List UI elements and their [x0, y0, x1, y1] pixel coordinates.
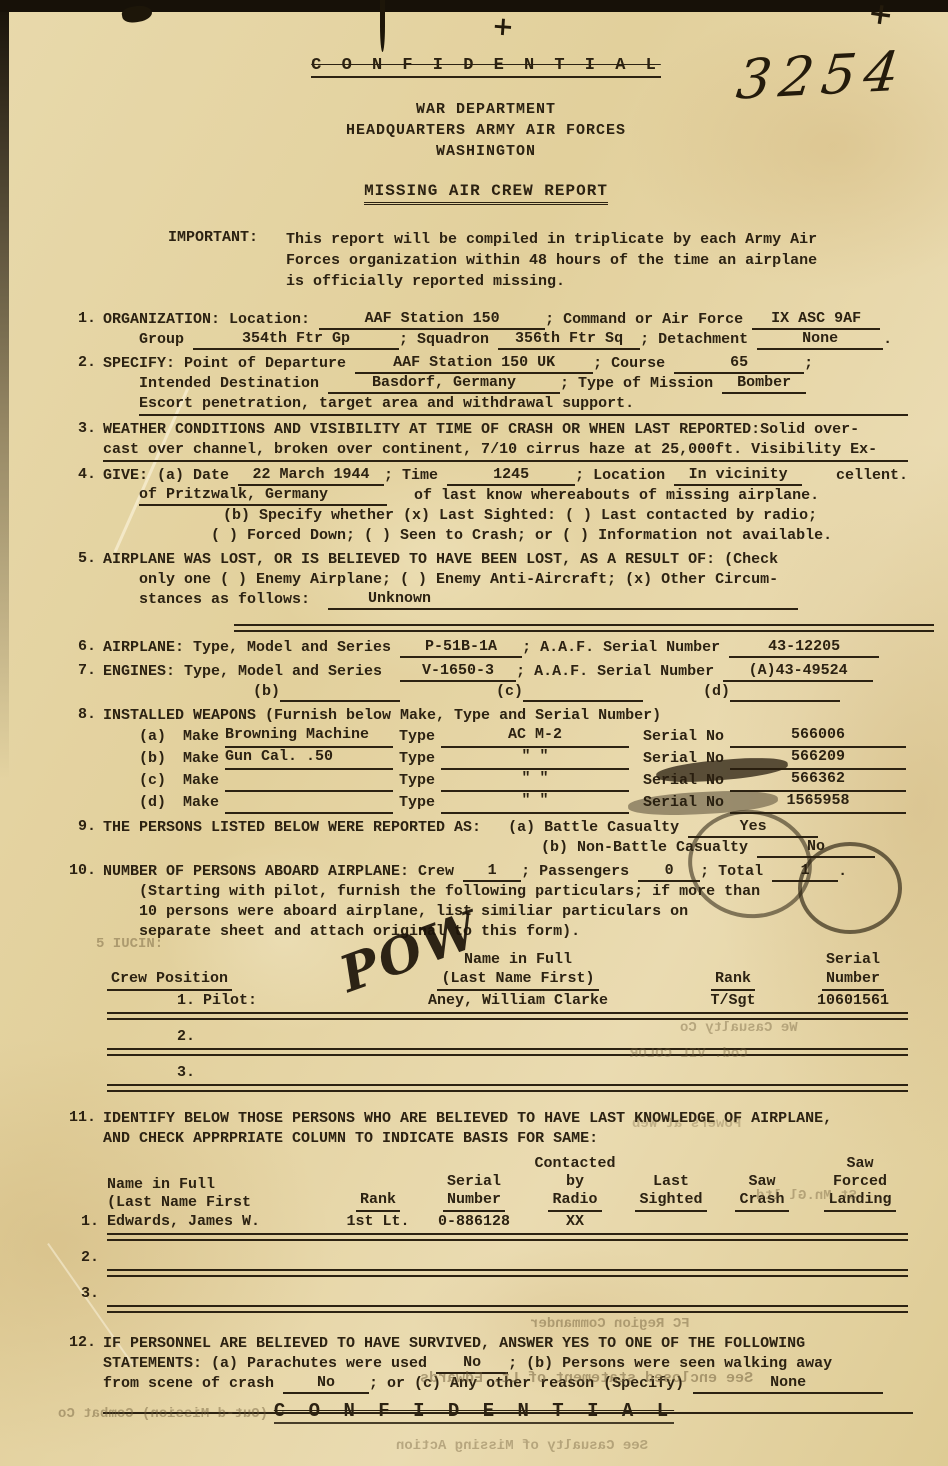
- classification-text: C O N F I D E N T I A L: [274, 1400, 674, 1424]
- witness-name: Edwards, James W.: [107, 1212, 335, 1232]
- sub-label-b: (b): [253, 682, 280, 702]
- field-airplane-serial: 43-12205: [729, 638, 879, 658]
- sub-label-d: (d): [703, 682, 730, 702]
- col-header-serial-2: Number: [822, 969, 884, 991]
- col-label-serial: Serial No: [643, 726, 724, 748]
- col-label-type: Type: [399, 792, 435, 814]
- section-divider-rule: [234, 624, 934, 632]
- col-label-make: Make: [183, 726, 219, 748]
- form-item-lost-cause: 5. AIRPLANE WAS LOST, OR IS BELIEVED TO …: [64, 550, 908, 610]
- field-label: ; Course: [593, 355, 665, 372]
- letterhead-line: HEADQUARTERS ARMY AIR FORCES: [64, 120, 908, 141]
- weapon-type: AC M-2: [441, 726, 629, 748]
- field-label: Intended Destination: [139, 375, 319, 392]
- witness-row: 1. Edwards, James W. 1st Lt. 0-886128 XX: [73, 1212, 908, 1232]
- witness-table: Name in Full (Last Name First Rank Seria…: [73, 1155, 908, 1313]
- field-label: Location:: [229, 311, 310, 328]
- item-number: 1.: [64, 310, 103, 350]
- bleed-through-text: Powers at Web: [632, 1116, 741, 1132]
- col-header-radio: Contacted: [527, 1155, 623, 1173]
- field-engine-model: V-1650-3: [400, 662, 516, 682]
- checkline-last-sighted: (b) Specify whether (x) Last Sighted: ( …: [223, 506, 908, 526]
- item-label-2: AND CHECK APPRPRIATE COLUMN TO INDICATE …: [103, 1129, 908, 1149]
- row-key: (d): [139, 792, 183, 814]
- crew-name: Aney, William Clarke: [353, 991, 683, 1011]
- field-departure: AAF Station 150 UK: [355, 354, 593, 374]
- field-label: ; Type of Mission: [560, 375, 713, 392]
- field-engine-serial: (A)43-49524: [723, 662, 873, 682]
- field-label: ; Squadron: [399, 331, 489, 348]
- row-number: 2.: [73, 1027, 203, 1047]
- field-weather-overflow: cellent.: [836, 466, 908, 486]
- row-key: (b): [139, 748, 183, 770]
- col-label-make: Make: [183, 792, 219, 814]
- row-key: (c): [139, 770, 183, 792]
- sub-label-c: (c): [496, 682, 523, 702]
- weapon-row: (d) Make Type " " Serial No 1565958: [139, 792, 908, 814]
- row-rule: [107, 1084, 908, 1092]
- field-location: AAF Station 150: [319, 310, 545, 330]
- crew-table-header: Crew Position Name in Full (Last Name Fi…: [73, 950, 908, 991]
- col-header-radio-2: by: [527, 1173, 623, 1191]
- field-label: ; A.A.F. Serial Number: [522, 639, 720, 656]
- field-engine-d: [730, 682, 840, 702]
- item-number: 3.: [64, 420, 103, 462]
- field-label: Group: [139, 331, 184, 348]
- item-number: 9.: [64, 818, 103, 858]
- col-header-name-2: (Last Name First: [107, 1194, 335, 1212]
- item-label: WEATHER CONDITIONS AND VISIBILITY AT TIM…: [103, 421, 760, 438]
- form-title-wrap: MISSING AIR CREW REPORT: [64, 182, 908, 205]
- row-rule: [107, 1048, 908, 1056]
- item-label: SPECIFY:: [103, 355, 175, 372]
- witness-row: 3.: [73, 1284, 908, 1304]
- form-item-organization: 1. ORGANIZATION: Location: AAF Station 1…: [64, 310, 908, 350]
- weapon-row: (a) Make Browning Machine Type AC M-2 Se…: [139, 726, 908, 748]
- witness-serial: 0-886128: [421, 1212, 527, 1232]
- item-label: AIRPLANE WAS LOST, OR IS BELIEVED TO HAV…: [103, 550, 908, 570]
- important-notice: IMPORTANT: This report will be compiled …: [168, 229, 908, 292]
- col-header-name-2: (Last Name First): [437, 969, 598, 991]
- crew-row: 3.: [73, 1063, 908, 1083]
- weapon-make: [225, 792, 393, 814]
- witness-row: 2.: [73, 1248, 908, 1268]
- col-header-serial: Serial: [783, 950, 923, 969]
- checkline-cause: only one ( ) Enemy Airplane; ( ) Enemy A…: [139, 570, 908, 590]
- col-label-type: Type: [399, 726, 435, 748]
- crew-row: 1. Pilot: Aney, William Clarke T/Sgt 106…: [73, 991, 908, 1011]
- scanned-document: + + C O N F I D E N T I A L WAR DEPARTME…: [0, 0, 948, 1466]
- important-label: IMPORTANT:: [168, 229, 286, 292]
- field-label: (a) Battle Casualty: [508, 819, 679, 836]
- item-label: THE PERSONS LISTED BELOW WERE REPORTED A…: [103, 819, 481, 836]
- col-header-serial: Serial: [421, 1173, 527, 1191]
- item-label: INSTALLED WEAPONS (Furnish below Make, T…: [103, 706, 908, 726]
- witness-rank: 1st Lt.: [335, 1212, 421, 1232]
- item-number: 7.: [64, 662, 103, 702]
- field-airplane-model: P-51B-1A: [400, 638, 522, 658]
- form-item-airplane: 6. AIRPLANE: Type, Model and Series P-51…: [64, 638, 908, 658]
- form-page: C O N F I D E N T I A L WAR DEPARTMENT H…: [0, 0, 948, 1466]
- field-label: from scene of crash: [103, 1375, 274, 1392]
- row-rule: [107, 1012, 908, 1020]
- field-crew-count: 1: [463, 862, 521, 882]
- field-squadron: 356th Ftr Sq: [498, 330, 640, 350]
- col-label-make: Make: [183, 748, 219, 770]
- important-text: This report will be compiled in triplica…: [286, 229, 826, 292]
- field-label: ; Location: [575, 466, 665, 486]
- weapon-make: Browning Machine: [225, 726, 393, 748]
- field-label: ; Passengers: [521, 863, 629, 880]
- row-rule: [107, 1233, 908, 1241]
- weapon-make: [225, 770, 393, 792]
- classification-banner-bottom: C O N F I D E N T I A L: [0, 1400, 948, 1422]
- row-key: (a): [139, 726, 183, 748]
- field-circumstances: Unknown: [328, 590, 798, 610]
- field-label: ; A.A.F. Serial Number: [516, 663, 714, 680]
- crew-position: Pilot:: [203, 991, 353, 1011]
- col-header-sighted-2: Sighted: [635, 1191, 706, 1212]
- punctuation: ;: [804, 355, 813, 372]
- weapon-make: Gun Cal. .50: [225, 748, 393, 770]
- form-item-specify: 2. SPECIFY: Point of Departure AAF Stati…: [64, 354, 908, 416]
- weapon-type: " ": [441, 748, 629, 770]
- item-number: 2.: [64, 354, 103, 416]
- weapon-type: " ": [441, 770, 629, 792]
- field-engine-c: [523, 682, 643, 702]
- field-group: 354th Ftr Gp: [193, 330, 399, 350]
- weapon-type: " ": [441, 792, 629, 814]
- col-label-type: Type: [399, 770, 435, 792]
- field-label: ; Time: [384, 466, 438, 486]
- col-label-make: Make: [183, 770, 219, 792]
- field-label: GIVE: (a) Date: [103, 466, 229, 486]
- col-label-type: Type: [399, 748, 435, 770]
- row-number: 3.: [73, 1063, 203, 1083]
- field-destination: Basdorf, Germany: [328, 374, 560, 394]
- letterhead-line: WASHINGTON: [64, 141, 908, 162]
- field-location-vicinity-2: of Pritzwalk, Germany: [139, 486, 387, 506]
- field-command: IX ASC 9AF: [752, 310, 880, 330]
- form-item-engines: 7. ENGINES: Type, Model and Series V-165…: [64, 662, 908, 702]
- field-time: 1245: [447, 466, 575, 486]
- item-label: IDENTIFY BELOW THOSE PERSONS WHO ARE BEL…: [103, 1109, 908, 1129]
- form-item-weather: 3. WEATHER CONDITIONS AND VISIBILITY AT …: [64, 420, 908, 462]
- field-course: 65: [674, 354, 804, 374]
- field-weather: Solid over-: [760, 421, 859, 438]
- field-label: ; Command or Air Force: [545, 311, 743, 328]
- item-label: ENGINES: Type, Model and Series: [103, 663, 382, 680]
- item-number: 8.: [64, 706, 103, 814]
- field-detachment: None: [757, 330, 883, 350]
- field-label: ; Detachment: [640, 331, 748, 348]
- row-rule: [107, 1269, 908, 1277]
- field-label: Point of Departure: [184, 355, 346, 372]
- form-item-give: 4. GIVE: (a) Date 22 March 1944; Time 12…: [64, 466, 908, 546]
- bleed-through-text: Cod. VIL COLOR: [630, 1046, 748, 1062]
- field-weather-continued: cast over channel, broken over continent…: [103, 440, 908, 462]
- bleed-through-text: See enclosed statement of Lt. Edwards: [420, 1370, 753, 1387]
- bleed-through-text: We Casualty Co: [680, 1020, 798, 1036]
- field-mission-type: Bomber: [722, 374, 806, 394]
- row-rule: [107, 1305, 908, 1313]
- col-header-landing: Saw: [805, 1155, 915, 1173]
- field-label: of last know whereabouts of missing airp…: [414, 487, 819, 504]
- field-mission-type-continued: Escort penetration, target area and with…: [139, 394, 908, 416]
- bleed-through-text: St Mn.Gl ltd: [756, 1188, 857, 1204]
- field-engine-b: [280, 682, 400, 702]
- weapon-row: (b) Make Gun Cal. .50 Type " " Serial No…: [139, 748, 908, 770]
- weapon-row: (c) Make Type " " Serial No 566362: [139, 770, 908, 792]
- item-label: AIRPLANE: Type, Model and Series: [103, 639, 391, 656]
- col-header-radio-3: Radio: [548, 1191, 601, 1212]
- handwritten-case-number: 3254: [733, 39, 910, 111]
- crew-rank: T/Sgt: [683, 991, 783, 1011]
- col-header-rank: Rank: [356, 1191, 400, 1212]
- witness-radio: XX: [527, 1212, 623, 1232]
- circular-stamp: [798, 842, 902, 934]
- item-number: 5.: [64, 550, 103, 610]
- row-number: 1.: [73, 1212, 107, 1232]
- form-title: MISSING AIR CREW REPORT: [364, 182, 608, 205]
- classification-text: C O N F I D E N T I A L: [311, 56, 661, 78]
- row-number: 2.: [73, 1248, 107, 1268]
- bleed-through-text: FC Region Commander: [530, 1316, 690, 1332]
- col-header-crew-position: Crew Position: [107, 969, 232, 991]
- col-header-sighted: Last: [623, 1173, 719, 1191]
- weapon-serial: 566006: [730, 726, 906, 748]
- crew-serial: 10601561: [783, 991, 923, 1011]
- item-label: IF PERSONNEL ARE BELIEVED TO HAVE SURVIV…: [103, 1334, 908, 1354]
- field-label: stances as follows:: [139, 591, 310, 608]
- col-header-serial-2: Number: [443, 1191, 505, 1212]
- weapons-table: (a) Make Browning Machine Type AC M-2 Se…: [139, 726, 908, 814]
- field-date: 22 March 1944: [238, 466, 384, 486]
- col-header-rank: Rank: [711, 969, 755, 991]
- item-number: 4.: [64, 466, 103, 546]
- form-item-last-knowledge: 11. IDENTIFY BELOW THOSE PERSONS WHO ARE…: [64, 1109, 908, 1320]
- bleed-through-text: 5 IUCIN:: [96, 936, 163, 952]
- item-label: NUMBER OF PERSONS ABOARD AIRPLANE: Crew: [103, 863, 454, 880]
- row-number: 3.: [73, 1284, 107, 1304]
- col-header-name: Name in Full: [107, 1176, 335, 1194]
- checkline-forced-down: ( ) Forced Down; ( ) Seen to Crash; or (…: [211, 526, 908, 546]
- row-number: 1.: [73, 991, 203, 1011]
- item-label: ORGANIZATION:: [103, 311, 220, 328]
- punctuation: .: [883, 331, 892, 348]
- field-location-vicinity: In vicinity: [674, 466, 802, 486]
- bleed-through-text: See Casualty of Missing Action: [396, 1438, 648, 1454]
- field-seen-walking: No: [283, 1374, 369, 1394]
- item-number: 6.: [64, 638, 103, 658]
- field-label: STATEMENTS: (a) Parachutes were used: [103, 1355, 427, 1372]
